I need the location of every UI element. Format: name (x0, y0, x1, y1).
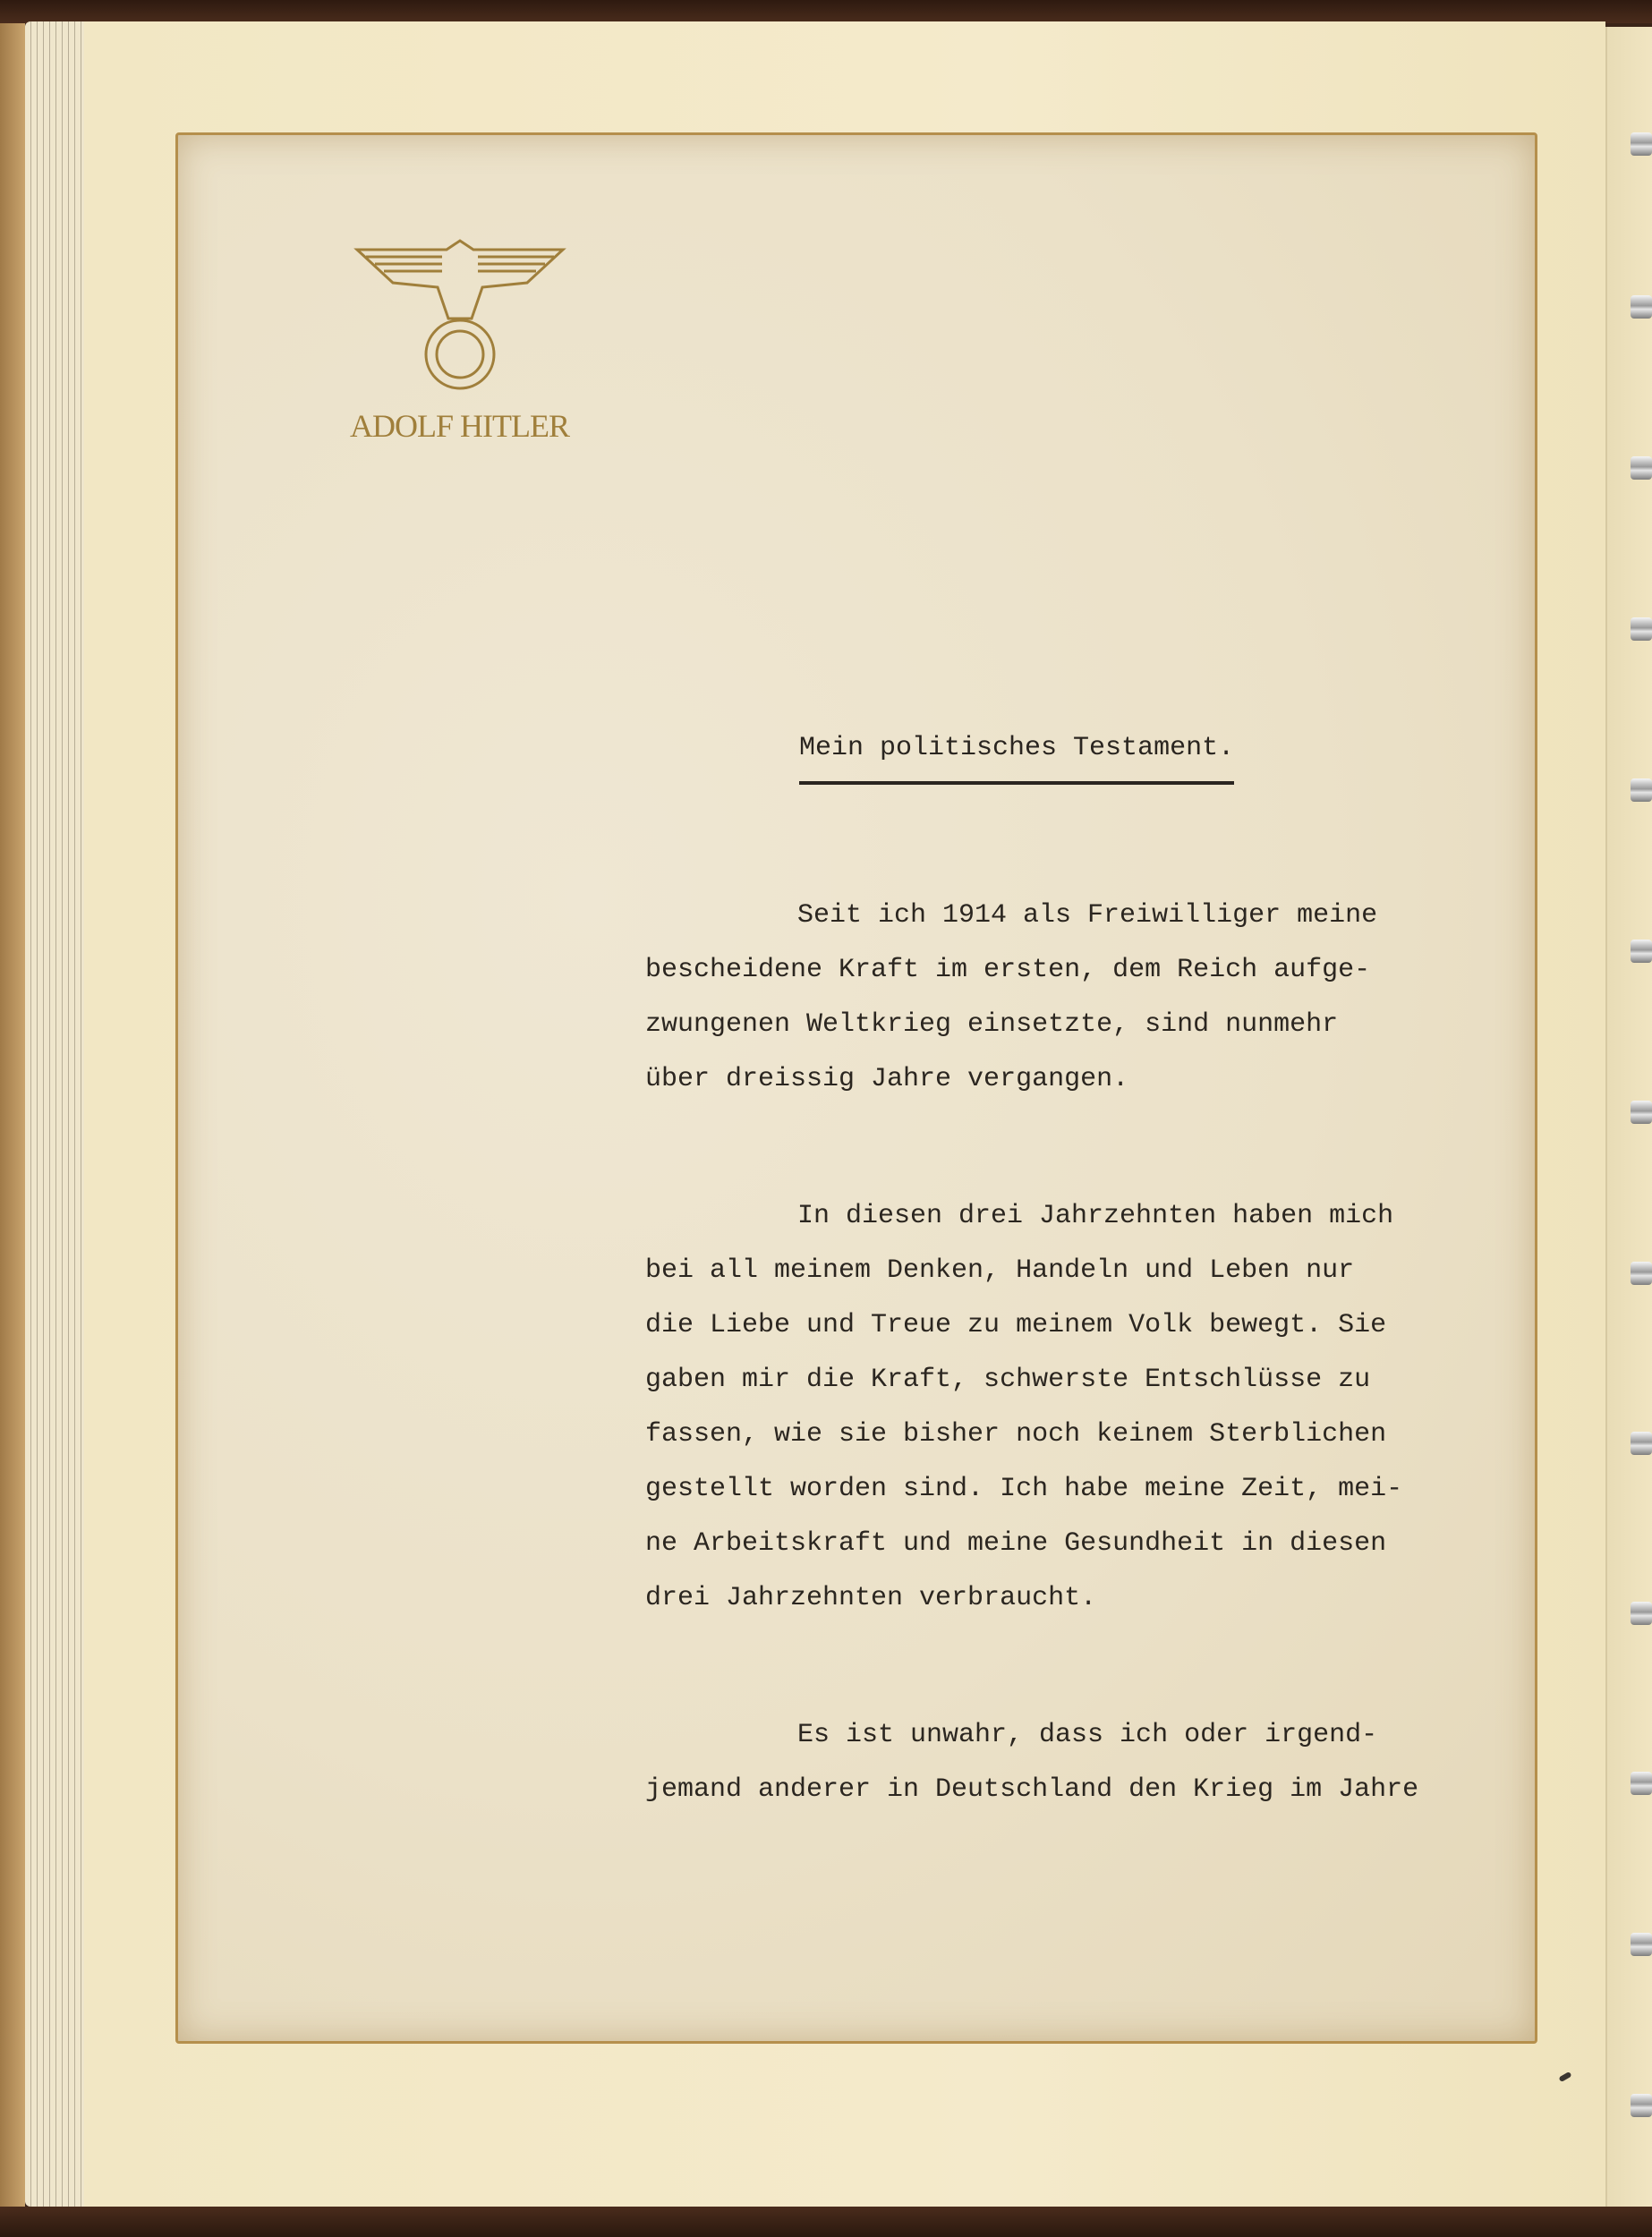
page-stack-edges (25, 21, 84, 2207)
binder-ring (1631, 456, 1652, 480)
binder-ring (1631, 778, 1652, 802)
binder-ring (1631, 617, 1652, 641)
document-title: Mein politisches Testament. (799, 733, 1234, 763)
binder-ring (1631, 2094, 1652, 2117)
paragraph: Es ist unwahr, dass ich oder irgend- jem… (645, 1708, 1540, 1817)
binder-ring (1631, 1432, 1652, 1455)
letterhead-name: ADOLF HITLER (350, 407, 581, 445)
text-line: bei all meinem Denken, Handeln und Leben… (645, 1244, 1540, 1298)
eagle-emblem-icon (348, 234, 572, 395)
binder-spine (0, 23, 25, 2207)
binder-ring (1631, 1262, 1652, 1285)
title-underline (799, 781, 1234, 785)
document-body: Seit ich 1914 als Freiwilliger meine bes… (645, 889, 1540, 1900)
text-line: bescheidene Kraft im ersten, dem Reich a… (645, 943, 1540, 998)
text-line: fassen, wie sie bisher noch keinem Sterb… (645, 1408, 1540, 1462)
typewritten-document-page: ADOLF HITLER Mein politisches Testament.… (175, 132, 1537, 2044)
text-line: jemand anderer in Deutschland den Krieg … (645, 1763, 1540, 1817)
text-line: gestellt worden sind. Ich habe meine Zei… (645, 1462, 1540, 1517)
binder-ring (1631, 1933, 1652, 1956)
binder-cover-top (0, 0, 1652, 23)
text-line: Es ist unwahr, dass ich oder irgend- (645, 1708, 1540, 1763)
text-line: über dreissig Jahre vergangen. (645, 1052, 1540, 1107)
text-line: gaben mir die Kraft, schwerste Entschlüs… (645, 1353, 1540, 1408)
binder-ring (1631, 940, 1652, 963)
binder-ring (1631, 1772, 1652, 1795)
binder-ring (1631, 1602, 1652, 1625)
paragraph: Seit ich 1914 als Freiwilliger meine bes… (645, 889, 1540, 1107)
text-line: zwungenen Weltkrieg einsetzte, sind nunm… (645, 998, 1540, 1052)
binder-cover-bottom (0, 2207, 1652, 2237)
binder-ring (1631, 295, 1652, 319)
binder-ring (1631, 1101, 1652, 1124)
letterhead: ADOLF HITLER (312, 234, 581, 445)
text-line: ne Arbeitskraft und meine Gesundheit in … (645, 1517, 1540, 1571)
binder-ring (1631, 132, 1652, 156)
paragraph: In diesen drei Jahrzehnten haben mich be… (645, 1189, 1540, 1626)
text-line: Seit ich 1914 als Freiwilliger meine (645, 889, 1540, 943)
text-line: In diesen drei Jahrzehnten haben mich (645, 1189, 1540, 1244)
text-line: die Liebe und Treue zu meinem Volk beweg… (645, 1298, 1540, 1353)
text-line: drei Jahrzehnten verbraucht. (645, 1571, 1540, 1626)
